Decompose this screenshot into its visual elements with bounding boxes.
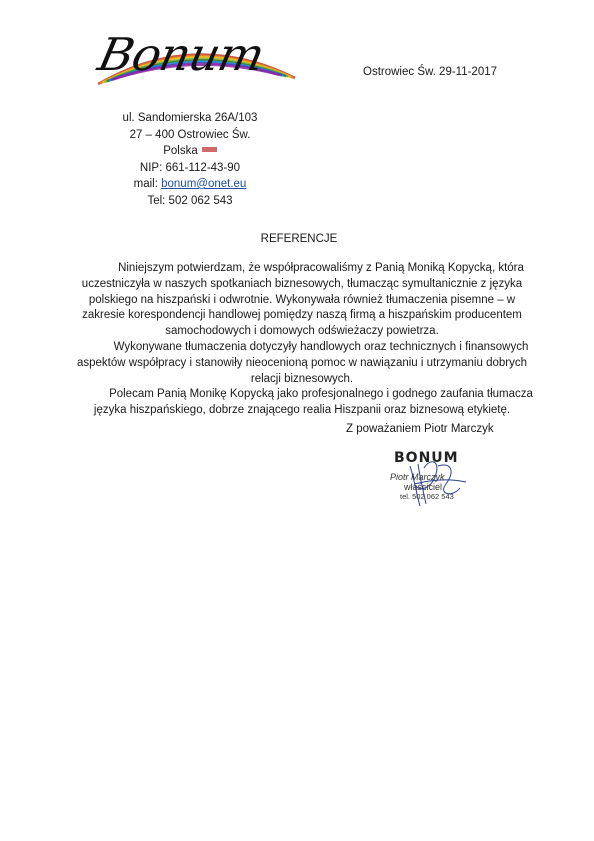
document-title: REFERENCJE: [0, 233, 594, 245]
address-nip: NIP: 661-112-43-90: [105, 160, 275, 177]
address-tel: Tel: 502 062 543: [105, 193, 275, 210]
paragraph: Niniejszym potwierdzam, że współpracowal…: [66, 261, 538, 340]
address-mail-line: mail: bonum@onet.eu: [105, 176, 275, 193]
company-logo: Bonum: [90, 30, 300, 90]
flag-icon: [202, 147, 217, 152]
paragraph: Polecam Panią Monikę Kopycką jako profes…: [66, 387, 538, 419]
company-stamp: BONUM Piotr Marczyk właściciel tel. 502 …: [380, 448, 480, 518]
closing-signature-line: Z poważaniem Piotr Marczyk: [346, 423, 494, 435]
handwritten-signature-icon: [380, 448, 480, 518]
mail-label: mail:: [134, 178, 161, 190]
logo-text: Bonum: [94, 32, 267, 77]
email-link[interactable]: bonum@onet.eu: [161, 178, 246, 190]
date-line: Ostrowiec Św. 29-11-2017: [363, 66, 497, 78]
address-street: ul. Sandomierska 26A/103: [105, 110, 275, 127]
document-body: Niniejszym potwierdzam, że współpracowal…: [66, 261, 538, 419]
address-country: Polska: [163, 145, 198, 157]
address-city: 27 – 400 Ostrowiec Św.: [105, 127, 275, 144]
paragraph: Wykonywane tłumaczenia dotyczyły handlow…: [66, 340, 538, 387]
company-address: ul. Sandomierska 26A/103 27 – 400 Ostrow…: [105, 110, 275, 209]
address-country-line: Polska: [105, 143, 275, 160]
